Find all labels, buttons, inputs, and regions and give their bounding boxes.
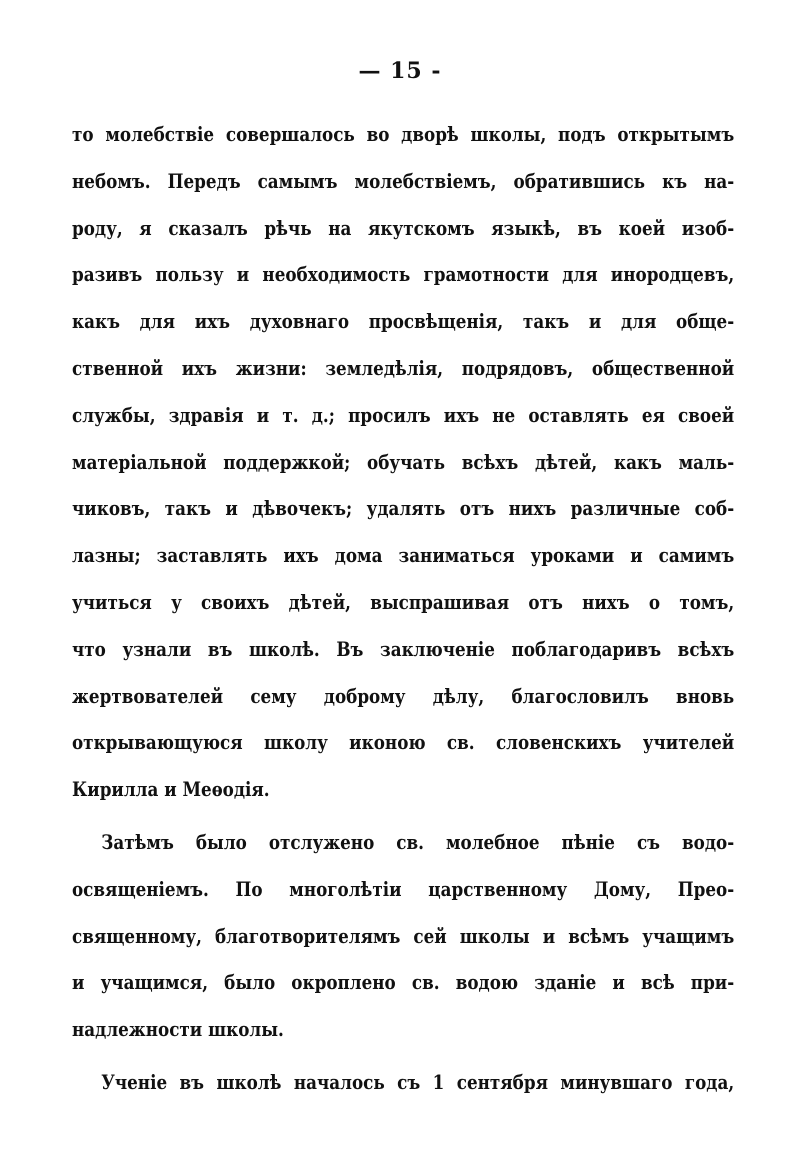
- text-line: ственной ихъ жизни: земледѣлія, подрядов…: [72, 346, 734, 393]
- paragraph-1: то молебствіе совершалось во дворѣ школы…: [72, 112, 734, 814]
- text-line: роду, я сказалъ рѣчь на якутскомъ языкѣ,…: [72, 206, 734, 253]
- text-line: службы, здравія и т. д.; просилъ ихъ не …: [72, 393, 734, 440]
- text-line: лазны; заставлять ихъ дома заниматься ур…: [72, 533, 734, 580]
- text-line: то молебствіе совершалось во дворѣ школы…: [72, 112, 734, 159]
- text-line: открывающуюся школу иконою св. словенски…: [72, 720, 734, 767]
- text-line: Ученіе въ школѣ началось съ 1 сентября м…: [72, 1060, 734, 1107]
- text-line: чиковъ, такъ и дѣвочекъ; удалять отъ них…: [72, 486, 734, 533]
- text-line: учиться у своихъ дѣтей, выспрашивая отъ …: [72, 580, 734, 627]
- text-line: матеріальной поддержкой; обучать всѣхъ д…: [72, 440, 734, 487]
- text-line: какъ для ихъ духовнаго просвѣщенія, такъ…: [72, 299, 734, 346]
- text-line: Затѣмъ было отслужено св. молебное пѣніе…: [72, 820, 734, 867]
- text-line: что узнали въ школѣ. Въ заключеніе побла…: [72, 627, 734, 674]
- text-line: и учащимся, было окроплено св. водою зда…: [72, 960, 734, 1007]
- paragraph-3: Ученіе въ школѣ началось съ 1 сентября м…: [72, 1060, 734, 1107]
- text-line: священному, благотворителямъ сей школы и…: [72, 914, 734, 961]
- paragraph-2: Затѣмъ было отслужено св. молебное пѣніе…: [72, 820, 734, 1054]
- text-line: надлежности школы.: [72, 1007, 734, 1054]
- book-page: — 15 - то молебствіе совершалось во двор…: [0, 0, 800, 1152]
- body-text: то молебствіе совершалось во дворѣ школы…: [72, 112, 734, 1107]
- text-line: жертвователей сему доброму дѣлу, благосл…: [72, 674, 734, 721]
- text-line: разивъ пользу и необходимость грамотност…: [72, 252, 734, 299]
- text-line: небомъ. Передъ самымъ молебствіемъ, обра…: [72, 159, 734, 206]
- text-line: освященіемъ. По многолѣтіи царственному …: [72, 867, 734, 914]
- text-line: Кирилла и Меѳодія.: [72, 767, 734, 814]
- page-number: — 15 -: [0, 58, 800, 84]
